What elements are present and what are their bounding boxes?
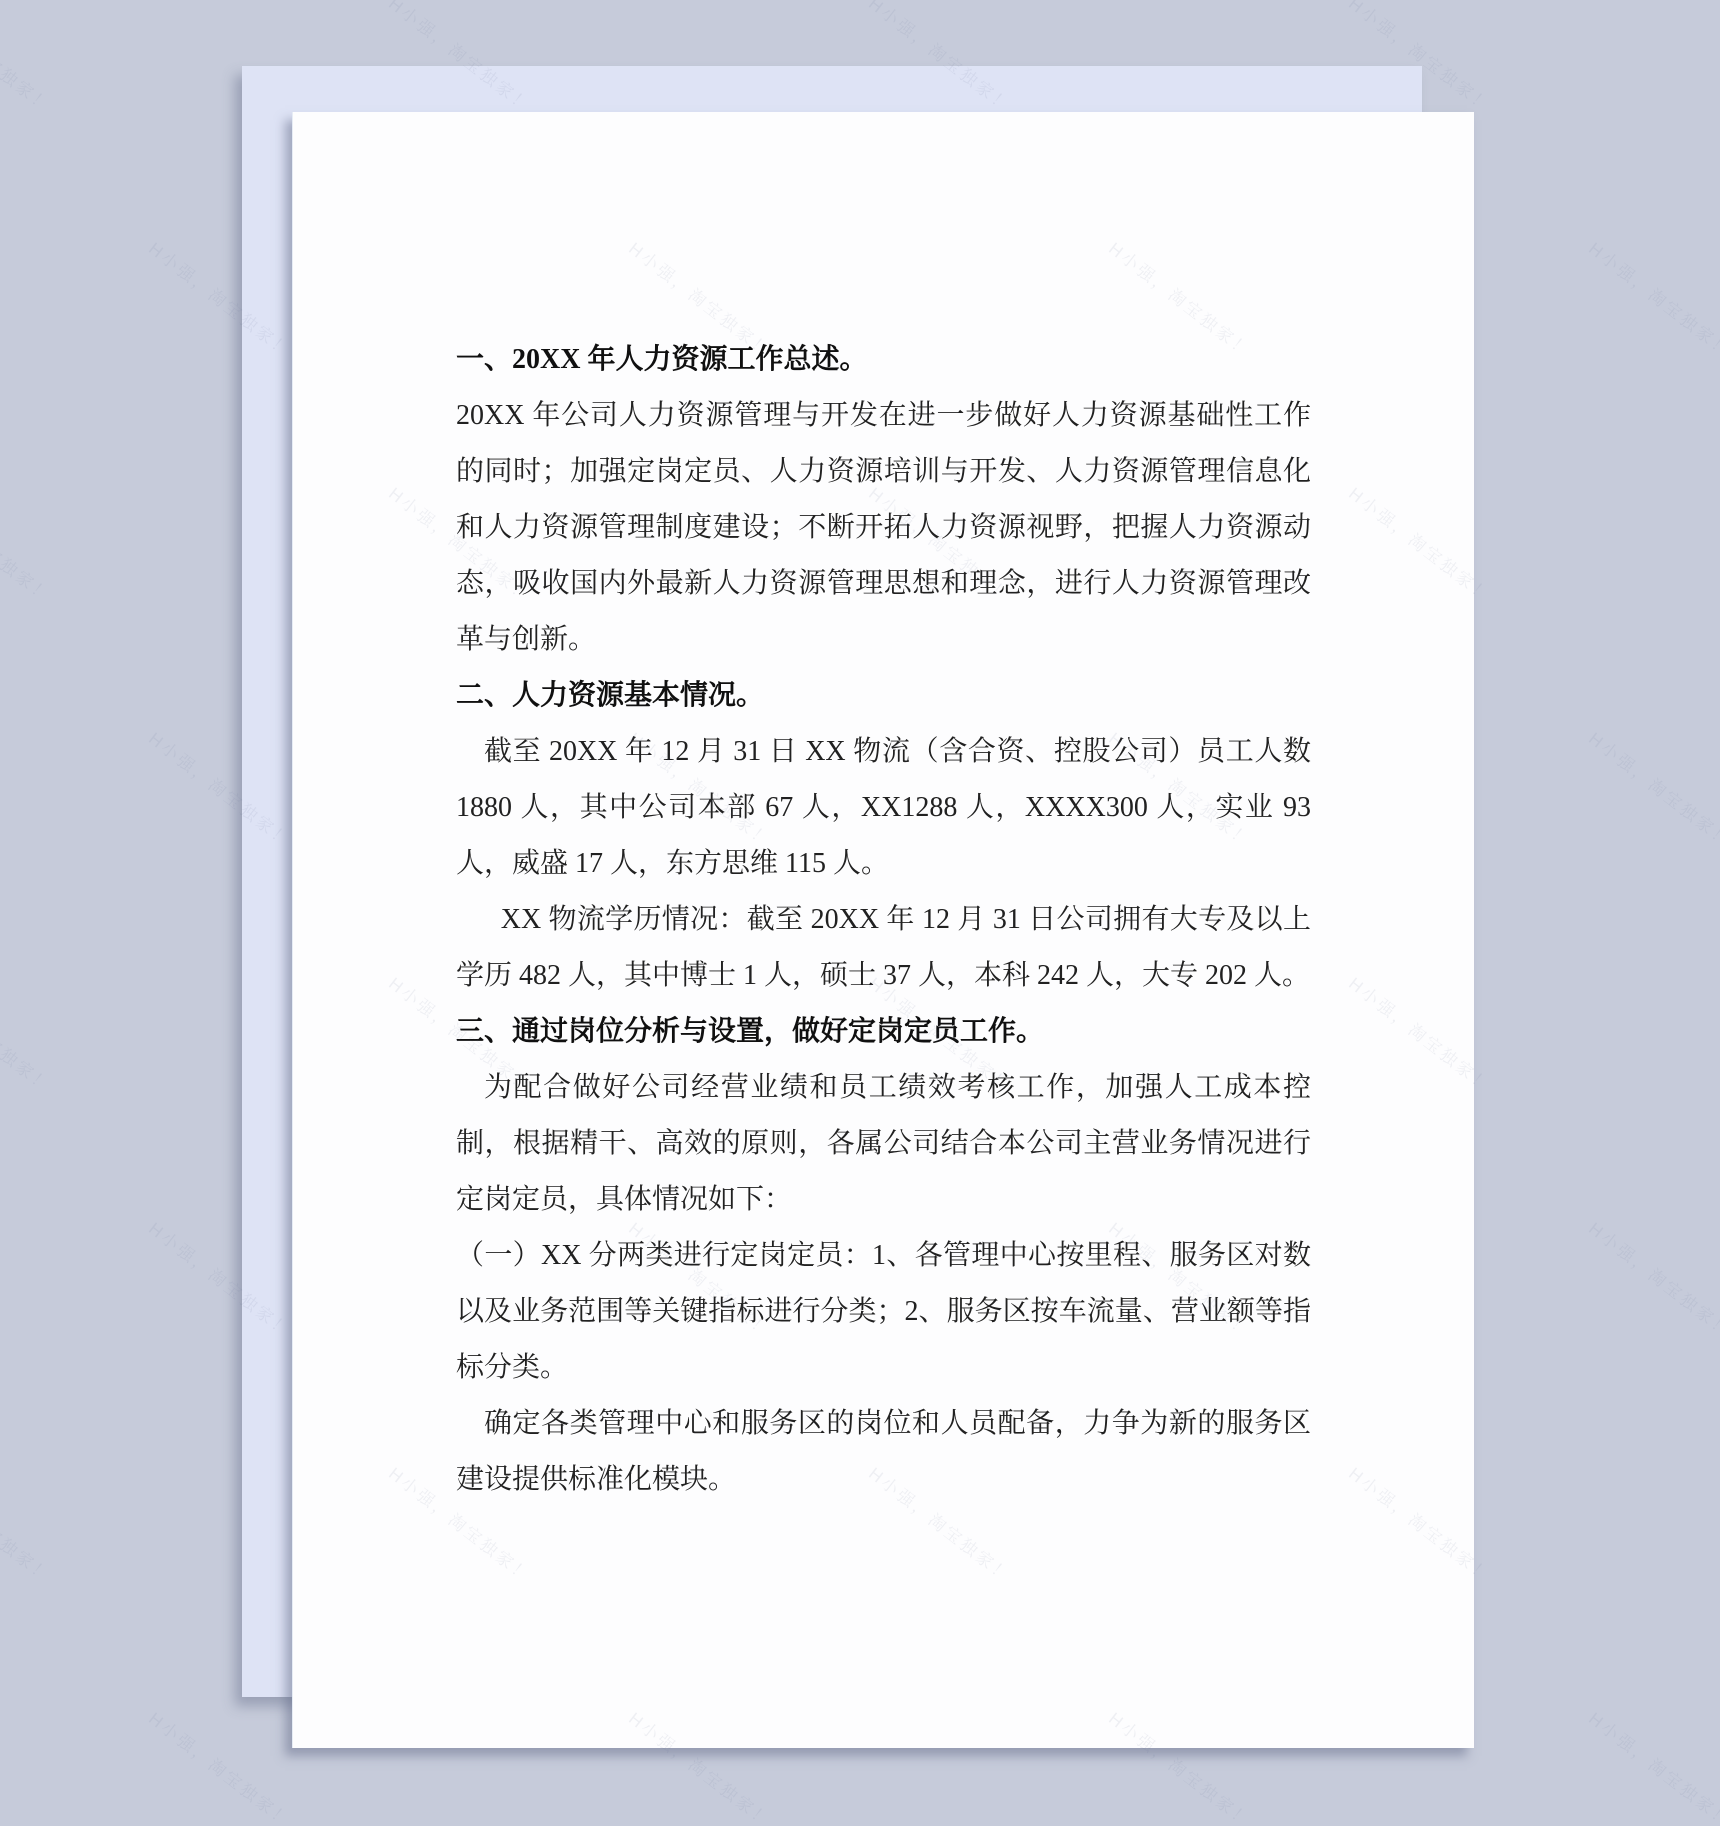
section-heading: 二、人力资源基本情况。 <box>456 668 1311 724</box>
document-paragraph: 确定各类管理中心和服务区的岗位和人员配备，力争为新的服务区建设提供标准化模块。 <box>456 1396 1311 1508</box>
document-paragraph: XX 物流学历情况：截至 20XX 年 12 月 31 日公司拥有大专及以上学历… <box>456 892 1311 1004</box>
canvas: 一、20XX 年人力资源工作总述。20XX 年公司人力资源管理与开发在进一步做好… <box>0 0 1720 1826</box>
document-paragraph: 为配合做好公司经营业绩和员工绩效考核工作，加强人工成本控制，根据精干、高效的原则… <box>456 1060 1311 1228</box>
watermark-text: H小强，淘宝独家！ <box>0 1460 58 1588</box>
document-content: 一、20XX 年人力资源工作总述。20XX 年公司人力资源管理与开发在进一步做好… <box>293 112 1474 1508</box>
watermark-text: H小强，淘宝独家！ <box>0 480 58 608</box>
document-paragraph: 截至 20XX 年 12 月 31 日 XX 物流（含合资、控股公司）员工人数 … <box>456 724 1311 892</box>
document-page: 一、20XX 年人力资源工作总述。20XX 年公司人力资源管理与开发在进一步做好… <box>292 112 1474 1748</box>
watermark-text: H小强，淘宝独家！ <box>1585 1215 1720 1343</box>
section-heading: 三、通过岗位分析与设置，做好定岗定员工作。 <box>456 1004 1311 1060</box>
watermark-text: H小强，淘宝独家！ <box>1585 725 1720 853</box>
watermark-text: H小强，淘宝独家！ <box>1585 1705 1720 1826</box>
watermark-text: H小强，淘宝独家！ <box>0 970 58 1098</box>
document-paragraph: 20XX 年公司人力资源管理与开发在进一步做好人力资源基础性工作的同时；加强定岗… <box>456 388 1311 668</box>
watermark-text: H小强，淘宝独家！ <box>1585 235 1720 363</box>
document-paragraph: （一）XX 分两类进行定岗定员：1、各管理中心按里程、服务区对数以及业务范围等关… <box>456 1228 1311 1396</box>
watermark-text: H小强，淘宝独家！ <box>145 1705 299 1826</box>
watermark-text: H小强，淘宝独家！ <box>0 0 58 118</box>
section-heading: 一、20XX 年人力资源工作总述。 <box>456 332 1311 388</box>
